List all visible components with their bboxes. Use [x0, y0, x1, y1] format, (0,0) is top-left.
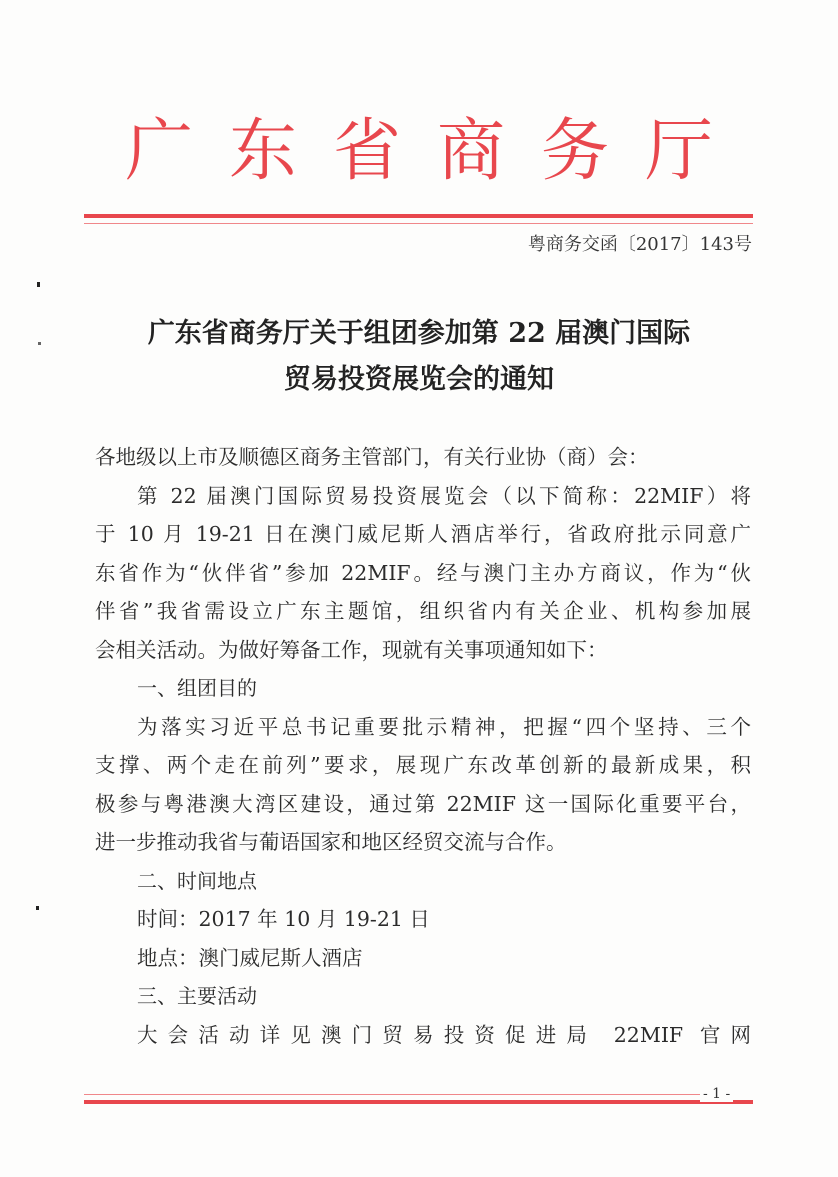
- section-line: 进一步推动我省与葡语国家和地区经贸交流与合作。: [95, 823, 751, 862]
- section-time-place: 二、时间地点 时间：2017 年 10 月 19-21 日 地点：澳门威尼斯人酒…: [95, 862, 751, 978]
- section-activities: 三、主要活动 大会活动详见澳门贸易投资促进局 22MIF 官网: [95, 977, 751, 1054]
- section-heading: 二、时间地点: [95, 862, 751, 901]
- section-heading: 三、主要活动: [95, 977, 751, 1016]
- section-line: 地点：澳门威尼斯人酒店: [95, 939, 751, 978]
- masthead-rule-thick: [84, 214, 753, 218]
- section-line: 支撑、两个走在前列”要求，展现广东改革创新的最新成果，积: [95, 746, 751, 785]
- intro-line: 于 10 月 19-21 日在澳门威尼斯人酒店举行，省政府批示同意广: [95, 515, 751, 554]
- title-line-1: 广东省商务厅关于组团参加第 22 届澳门国际: [0, 311, 838, 357]
- document-body: 各地级以上市及顺德区商务主管部门，有关行业协（商）会： 第 22 届澳门国际贸易…: [95, 438, 751, 1054]
- section-purpose: 一、组团目的 为落实习近平总书记重要批示精神，把握“四个坚持、三个 支撑、两个走…: [95, 669, 751, 862]
- intro-line: 会相关活动。为做好筹备工作，现就有关事项通知如下：: [95, 631, 751, 670]
- document-title: 广东省商务厅关于组团参加第 22 届澳门国际 贸易投资展览会的通知: [0, 311, 838, 403]
- intro-line: 第 22 届澳门国际贸易投资展览会（以下简称：22MIF）将: [95, 477, 751, 516]
- section-line: 极参与粤港澳大湾区建设，通过第 22MIF 这一国际化重要平台，: [95, 785, 751, 824]
- addressee: 各地级以上市及顺德区商务主管部门，有关行业协（商）会：: [95, 438, 751, 477]
- section-heading: 一、组团目的: [95, 669, 751, 708]
- footer-rule-thin: [84, 1094, 709, 1095]
- masthead-title: 广东省商务厅: [0, 112, 838, 192]
- page-number: - 1 -: [700, 1086, 733, 1102]
- scan-speck: [36, 906, 39, 910]
- footer-rule-thick: [84, 1100, 753, 1104]
- title-line-2: 贸易投资展览会的通知: [0, 357, 838, 403]
- intro-line: 伴省”我省需设立广东主题馆，组织省内有关企业、机构参加展: [95, 592, 751, 631]
- section-line: 大会活动详见澳门贸易投资促进局 22MIF 官网: [95, 1016, 751, 1055]
- masthead-rule-thin: [84, 223, 753, 224]
- section-line: 时间：2017 年 10 月 19-21 日: [95, 900, 751, 939]
- document-number: 粤商务交函〔2017〕143号: [528, 232, 752, 258]
- intro-line: 东省作为“伙伴省”参加 22MIF。经与澳门主办方商议，作为“伙: [95, 554, 751, 593]
- section-line: 为落实习近平总书记重要批示精神，把握“四个坚持、三个: [95, 708, 751, 747]
- scan-speck: [37, 282, 40, 287]
- intro-paragraph: 第 22 届澳门国际贸易投资展览会（以下简称：22MIF）将 于 10 月 19…: [95, 477, 751, 670]
